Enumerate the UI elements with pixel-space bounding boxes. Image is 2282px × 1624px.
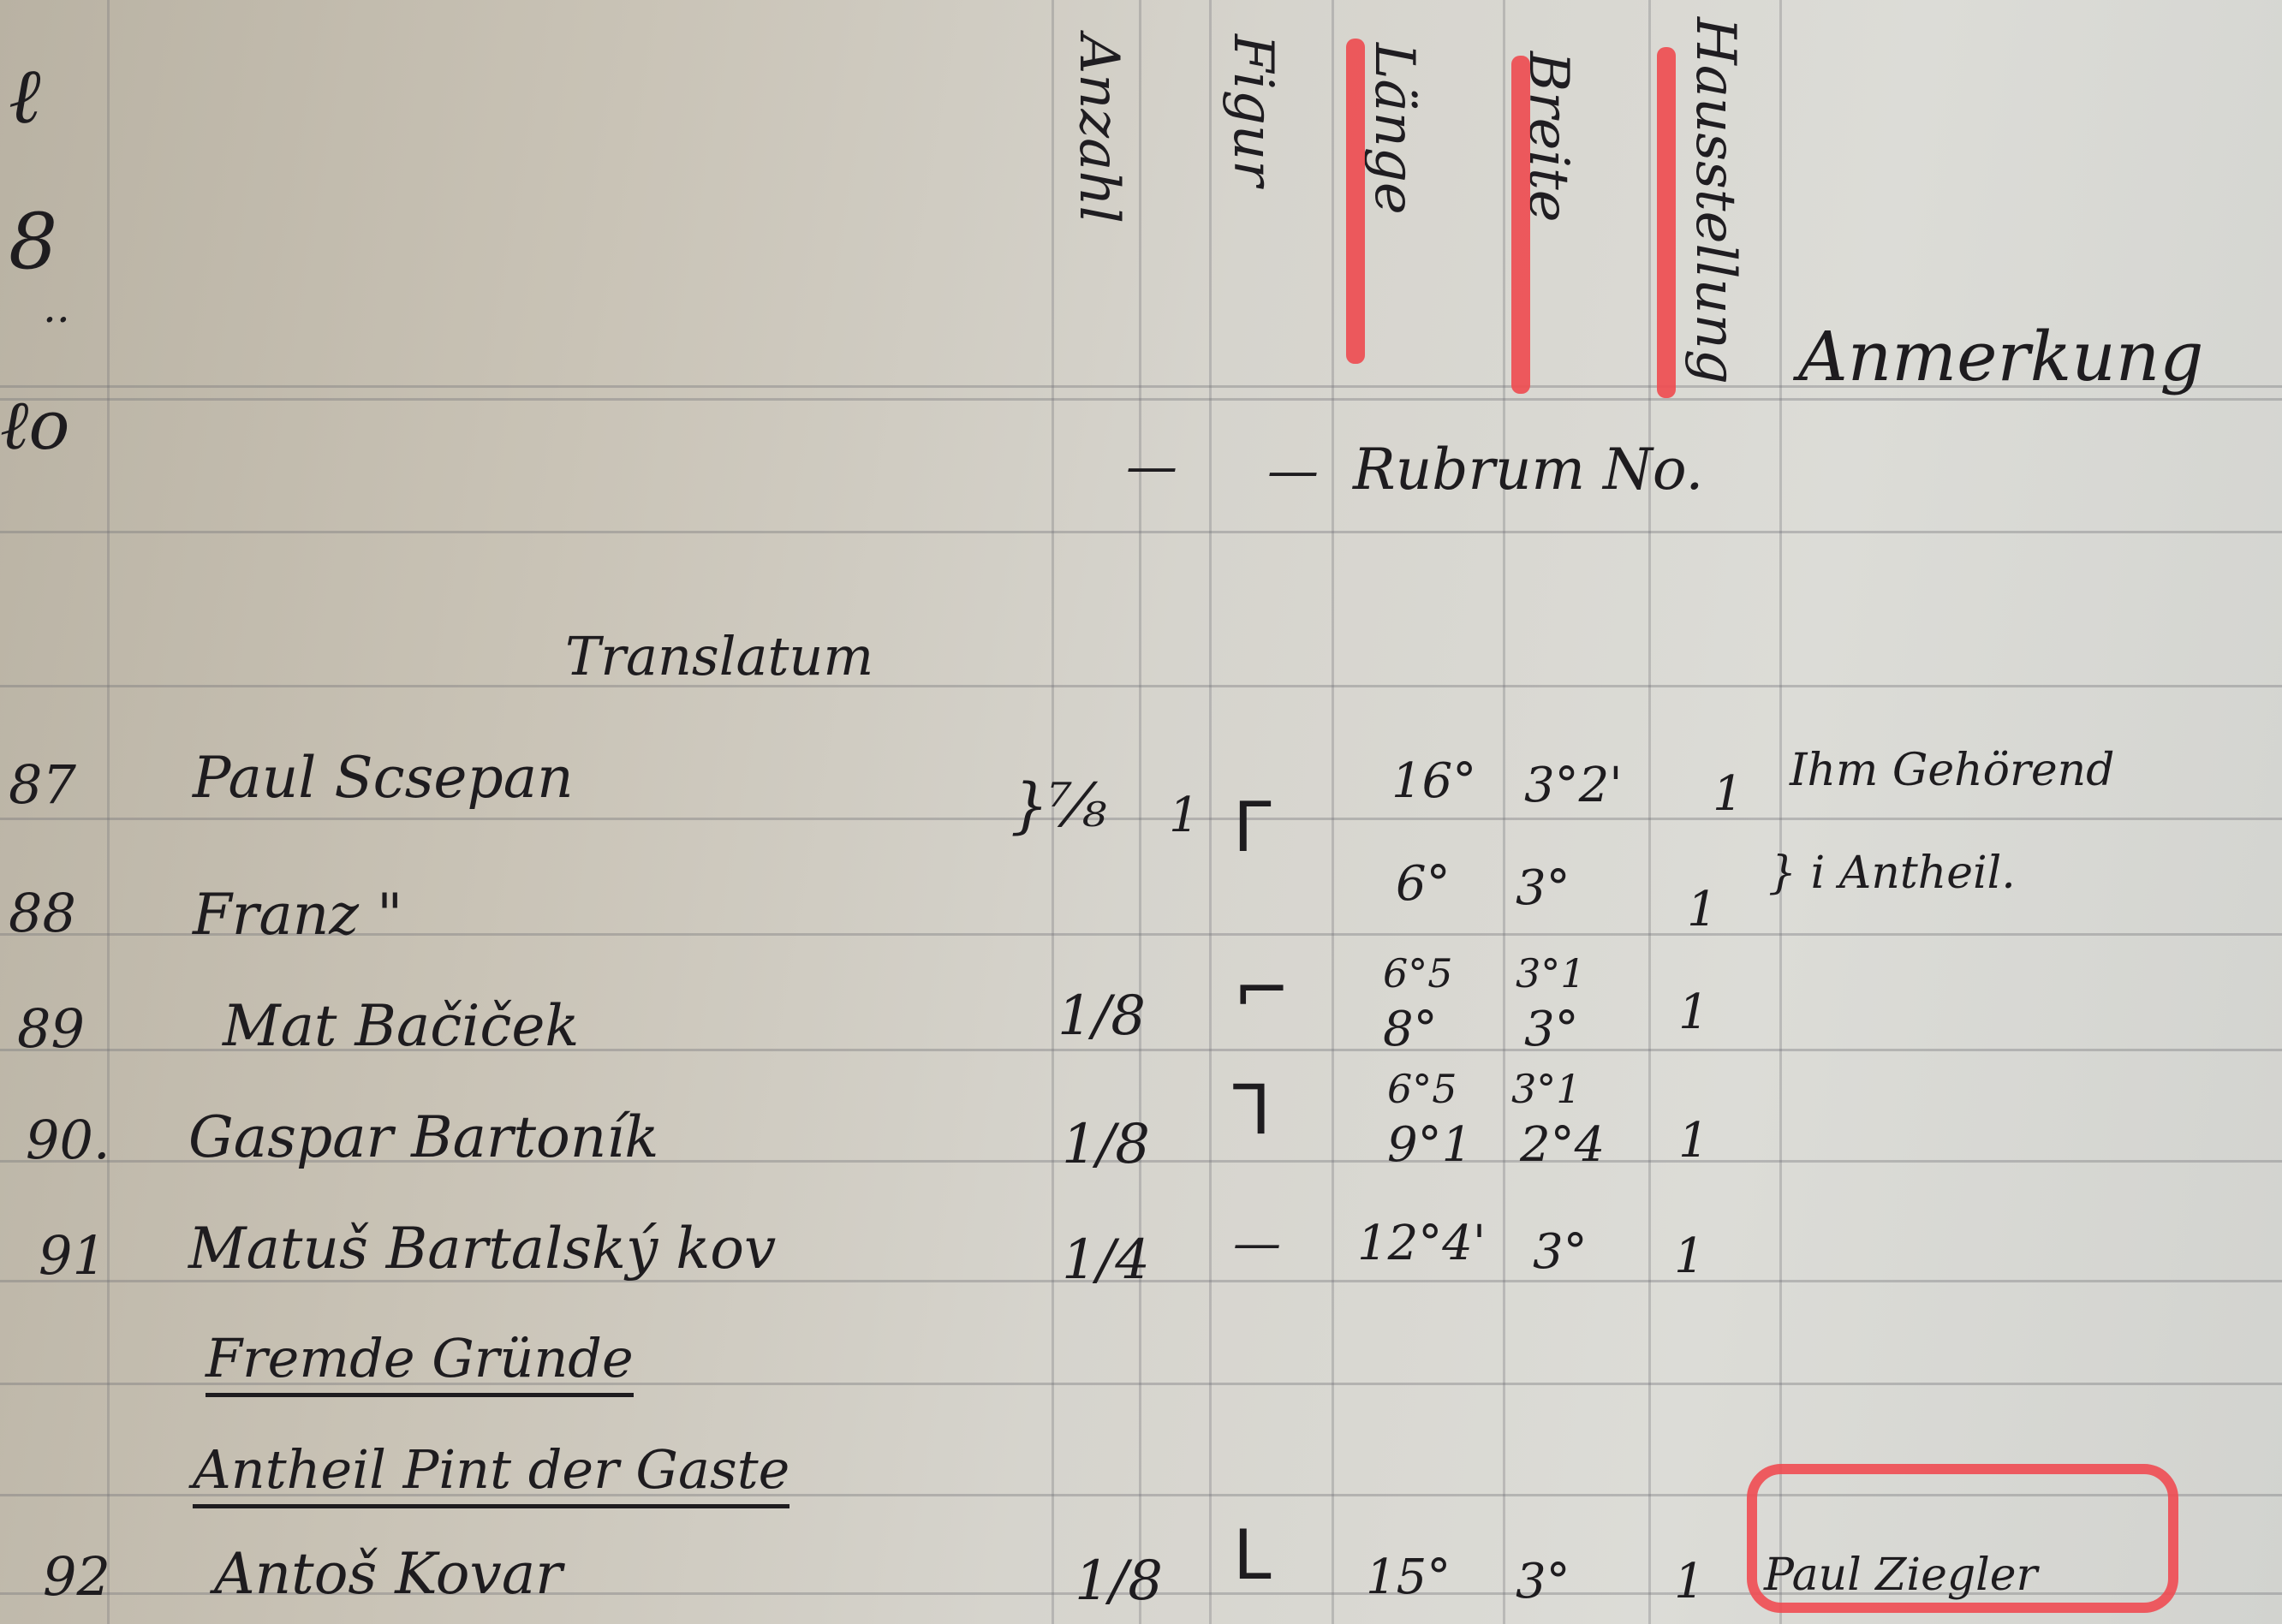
row-width: 3°: [1516, 860, 1570, 916]
row-width-sub: 3°1: [1511, 1066, 1582, 1112]
rule-vertical: [1503, 0, 1505, 1624]
red-highlight-bar: [1511, 56, 1530, 394]
rubrum-label: Rubrum No.: [1353, 437, 1703, 503]
figure-shape-icon: ⅂: [1233, 1070, 1272, 1150]
red-highlight-box: [1747, 1464, 2178, 1613]
row-share: }⅞: [1010, 770, 1106, 841]
row-house: 1: [1674, 1554, 1705, 1609]
column-header-anzahl: Anzahl: [1067, 34, 1130, 223]
rule-vertical: [1779, 0, 1782, 1624]
row-name: Paul Scsepan: [193, 745, 574, 811]
row-name: Gaspar Bartoník: [188, 1104, 658, 1170]
row-length: 8°: [1383, 1002, 1438, 1057]
anmerkung-header: Anmerkung: [1798, 317, 2203, 396]
margin-mark: 8: [9, 197, 57, 287]
row-length: 6°: [1396, 856, 1451, 912]
red-highlight-bar: [1346, 39, 1365, 364]
row-number: 89: [17, 997, 85, 1060]
row-length: 15°: [1366, 1550, 1451, 1605]
margin-mark: ℓo: [0, 385, 69, 466]
row-number: 91: [39, 1224, 106, 1287]
figure-shape-icon: Γ: [1233, 788, 1272, 867]
row-name: Antoš Kovar: [214, 1541, 563, 1607]
rule-vertical: [1139, 0, 1141, 1624]
row-name: Mat Bačiček: [223, 993, 579, 1059]
column-header-figur: Figur: [1221, 34, 1284, 187]
row-name: Matuš Bartalský kov: [188, 1216, 776, 1282]
row-length: 12°4': [1357, 1216, 1486, 1271]
row-length-sub: 6°5: [1383, 950, 1453, 996]
rule-vertical: [107, 0, 110, 1624]
rule-vertical: [1648, 0, 1651, 1624]
rubrum-dash: —: [1126, 437, 1177, 497]
row-width: 3°: [1516, 1554, 1570, 1609]
row-note: Ihm Gehörend: [1790, 745, 2114, 796]
row-house: 1: [1674, 1228, 1705, 1284]
figure-shape-icon: L: [1233, 1515, 1272, 1595]
row-number: 87: [9, 753, 76, 816]
row-width: 3°2': [1524, 758, 1623, 813]
row-length: 16°: [1391, 753, 1476, 809]
row-length-sub: 6°5: [1387, 1066, 1457, 1112]
row-share: 1/8: [1058, 985, 1146, 1048]
figure-shape-icon: —: [1233, 1216, 1281, 1271]
row-house: 1: [1678, 1113, 1709, 1169]
ledger-page: ℓ 8 .. ℓo Anzahl Figur Länge Breite Haus…: [0, 0, 2282, 1624]
section-title-translatum: Translatum: [565, 625, 873, 687]
row-number: 88: [9, 882, 76, 944]
subheading-antheil: Antheil Pint der Gaste: [193, 1438, 789, 1508]
rule-vertical: [1209, 0, 1212, 1624]
row-width: 2°4: [1520, 1117, 1605, 1173]
row-name: Franz ": [193, 882, 402, 948]
row-share: 1/8: [1075, 1550, 1163, 1613]
figure-shape-icon: ⌐: [1233, 950, 1290, 1030]
row-house: 1: [1678, 985, 1709, 1040]
row-note: } i Antheil.: [1768, 848, 2016, 899]
row-length: 9°1: [1387, 1117, 1472, 1173]
row-share: 1/4: [1062, 1228, 1150, 1292]
margin-mark: ..: [43, 283, 70, 332]
rubrum-dash: —: [1267, 441, 1319, 501]
row-house: 1: [1687, 882, 1718, 937]
row-share: 1/8: [1062, 1113, 1150, 1176]
column-header-hausstellung: Hausstellung: [1683, 17, 1747, 384]
row-width: 3°: [1524, 1002, 1579, 1057]
column-header-laenge: Länge: [1362, 43, 1426, 215]
row-width: 3°: [1533, 1224, 1588, 1280]
red-highlight-bar: [1657, 47, 1676, 398]
row-width-sub: 3°1: [1516, 950, 1586, 996]
rule-vertical: [1332, 0, 1334, 1624]
subheading-fremde-gruende: Fremde Gründe: [206, 1327, 634, 1397]
margin-mark: ℓ: [9, 51, 41, 141]
row-count: 1: [1169, 788, 1200, 843]
row-house: 1: [1713, 766, 1743, 822]
row-number: 92: [43, 1545, 110, 1608]
row-number: 90.: [26, 1109, 110, 1171]
